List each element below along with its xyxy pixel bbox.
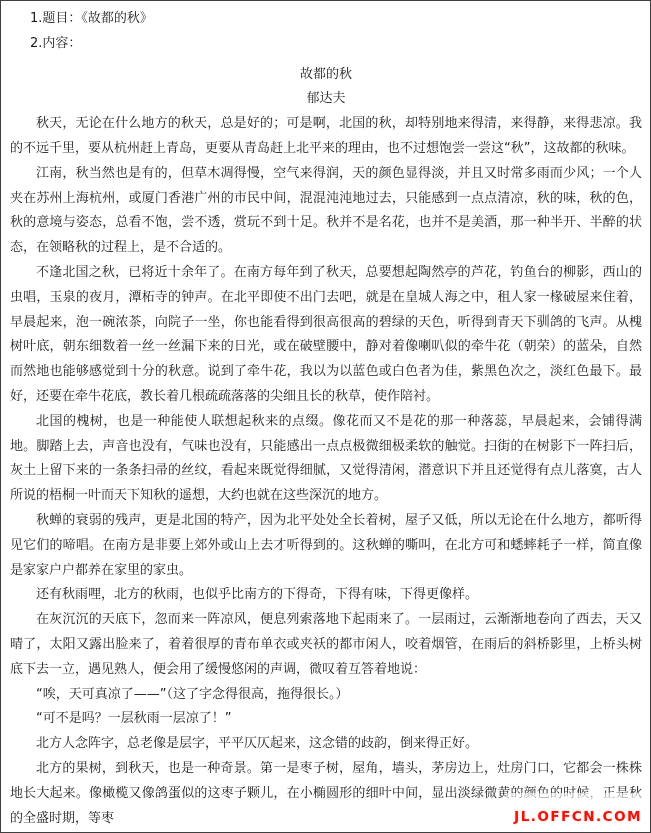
essay-paragraph-2: 江南，秋当然也是有的，但草木凋得慢，空气来得润，天的颜色显得淡，并且又时常多雨而… <box>10 162 642 261</box>
item-line-title: 1.题目：《故都的秋》 <box>10 7 642 32</box>
essay-author: 郁达夫 <box>10 87 642 112</box>
essay-title: 故都的秋 <box>10 63 642 88</box>
essay-paragraph-8: “唉，天可真凉了——”（这了字念得很高，拖得很长。） <box>10 683 642 708</box>
item-line-content: 2.内容： <box>10 32 642 57</box>
essay-paragraph-9: “可不是吗？一层秋雨一层凉了！” <box>10 707 642 732</box>
essay-paragraph-6: 还有秋雨哩，北方的秋雨，也似乎比南方的下得奇，下得有味，下得更像样。 <box>10 583 642 608</box>
essay-paragraph-4: 北国的槐树，也是一种能使人联想起秋来的点缀。像花而又不是花的那一种落蕊，早晨起来… <box>10 410 642 509</box>
essay-paragraph-3: 不逢北国之秋，已将近十余年了。在南方每年到了秋天，总要想起陶然亭的芦花，钓鱼台的… <box>10 261 642 410</box>
essay-paragraph-7: 在灰沉沉的天底下，忽而来一阵凉风，便息列索落地下起雨来了。一层雨过，云渐渐地卷向… <box>10 608 642 682</box>
document-page: 1.题目：《故都的秋》 2.内容： 故都的秋 郁达夫 秋天，无论在什么地方的秋天… <box>0 0 651 833</box>
essay-paragraph-10: 北方人念阵字，总老像是层字，平平仄仄起来，这念错的歧韵，倒来得正好。 <box>10 732 642 757</box>
essay-paragraph-1: 秋天，无论在什么地方的秋天，总是好的；可是啊，北国的秋，却特别地来得清，来得静，… <box>10 112 642 162</box>
essay-paragraph-5: 秋蝉的衰弱的残声，更是北国的特产，因为北平处处全长着树，屋子又低，所以无论在什么… <box>10 509 642 583</box>
watermark-logo: JL.OFFCN.COM <box>506 793 645 832</box>
